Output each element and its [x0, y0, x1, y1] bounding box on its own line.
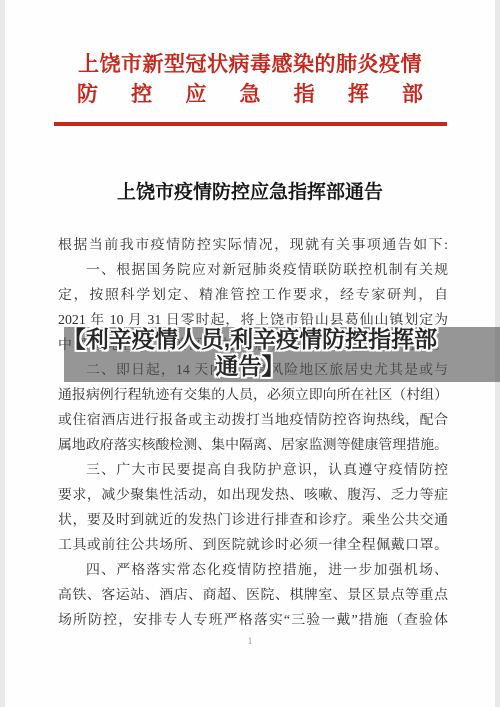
body-line: 属地政府落实核酸检测、集中隔离、居家监测等健康管理措施。 [58, 433, 448, 458]
body-line: 通报病例行程轨迹有交集的人员，必须立即向所在社区（村组） [58, 383, 448, 408]
letterhead-line2: 防控应急指挥部 [77, 79, 423, 109]
body-line: 要求，减少聚集性活动，如出现发热、咳嗽、腹泻、乏力等症 [58, 483, 448, 508]
body-line: 一、根据国务院应对新冠肺炎疫情联防联控机制有关规 [58, 258, 448, 283]
body-line: 或住宿酒店进行报备或主动拨打当地疫情防控咨询热线，配合 [58, 408, 448, 433]
red-divider-rule [54, 122, 447, 126]
body-line: 三、广大市民要提高自我防护意识，认真遵守疫情防控 [58, 458, 448, 483]
body-line: 场所防控，安排专人专班严格落实“三验一戴”措施（查验体 [58, 608, 448, 633]
page-number: 1 [0, 636, 500, 646]
body-line: 四、严格落实常态化疫情防控措施，进一步加强机场、 [58, 558, 448, 583]
document-title: 上饶市疫情防控应急指挥部通告 [0, 181, 500, 205]
letterhead: 上饶市新型冠状病毒感染的肺炎疫情 防控应急指挥部 [0, 0, 500, 126]
body-line: 根据当前我市疫情防控实际情况，现就有关事项通告如下: [58, 233, 448, 258]
body-line: 工具或前往公共场所、到医院就诊时必须一律全程佩戴口罩。 [58, 533, 448, 558]
watermark-caption-line2: 通告】 [0, 353, 500, 380]
body-line: 状，要及时到就近的发热门诊进行排查和诊疗。乘坐公共交通 [58, 508, 448, 533]
document-page: 上饶市新型冠状病毒感染的肺炎疫情 防控应急指挥部 上饶市疫情防控应急指挥部通告 … [0, 0, 500, 707]
body-line: 定，按照科学划定、精准管控工作要求，经专家研判，自 [58, 283, 448, 308]
watermark-caption-line1: 【利辛疫情人员,利辛疫情防控指挥部 [0, 326, 500, 353]
watermark-caption: 【利辛疫情人员,利辛疫情防控指挥部 通告】 [0, 326, 500, 380]
notice-body: 根据当前我市疫情防控实际情况，现就有关事项通告如下:一、根据国务院应对新冠肺炎疫… [58, 233, 448, 633]
letterhead-line1: 上饶市新型冠状病毒感染的肺炎疫情 [0, 49, 500, 79]
body-line: 高铁、客运站、酒店、商超、医院、棋牌室、景区景点等重点 [58, 583, 448, 608]
